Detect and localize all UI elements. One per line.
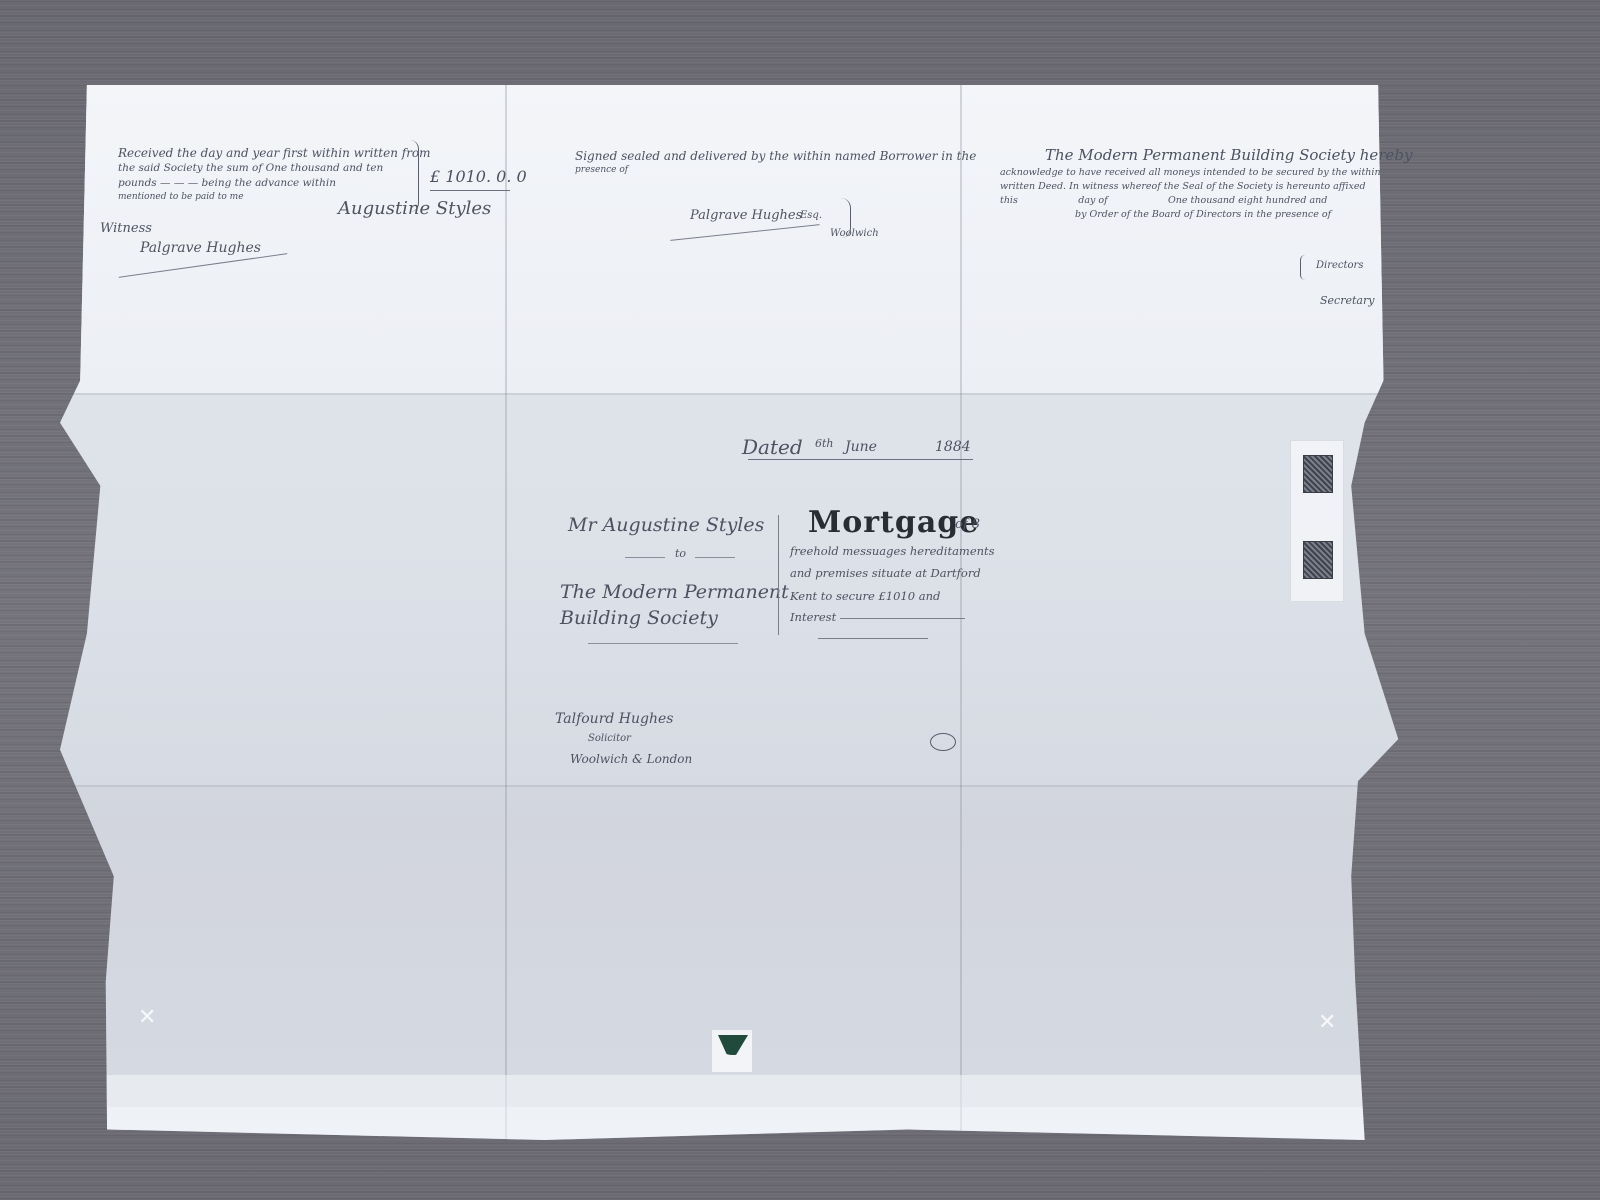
ribbon-tie-icon: ✕ — [138, 1005, 156, 1030]
description-line: Interest — [790, 611, 836, 624]
witness-label: Witness — [100, 222, 152, 236]
circle-mark — [930, 733, 956, 751]
directors-label: Directors — [1316, 260, 1363, 271]
document-title: Mortgage — [808, 505, 979, 540]
secretary-label: Secretary — [1320, 295, 1374, 307]
date-month: June — [845, 440, 877, 455]
ack-line: acknowledge to have received all moneys … — [1000, 168, 1381, 178]
execution-line: presence of — [575, 166, 628, 176]
revenue-stamp-icon — [1303, 455, 1333, 493]
solicitor-title: Solicitor — [588, 733, 631, 744]
divider — [778, 515, 779, 635]
revenue-stamp-icon — [1303, 541, 1333, 579]
description-line: and premises situate at Dartford — [790, 567, 981, 580]
date-underline — [748, 459, 973, 460]
execution-witness-signature: Palgrave Hughes — [690, 208, 802, 223]
receipt-amount: £ 1010. 0. 0 — [430, 168, 527, 186]
mortgage-deed-paper — [60, 85, 1405, 1140]
witness-signature: Palgrave Hughes — [140, 240, 261, 256]
ack-line: The Modern Permanent Building Society he… — [1045, 147, 1412, 164]
solicitor-name: Talfourd Hughes — [555, 712, 673, 727]
revenue-stamp-strip — [1290, 440, 1344, 602]
ack-line: written Deed. In witness whereof the Sea… — [1000, 182, 1366, 192]
bottom-flap — [60, 1075, 1405, 1140]
borrower-signature: Augustine Styles — [338, 198, 491, 219]
party-to-line1: The Modern Permanent — [560, 582, 789, 603]
date-year: 1884 — [935, 440, 971, 455]
dated-label: Dated — [742, 436, 803, 458]
description-line: Kent to secure £1010 and — [790, 590, 940, 603]
date-day: 6th — [815, 438, 834, 450]
receipt-line: pounds — — — being the advance within — [118, 178, 336, 190]
to-label: to — [675, 548, 686, 560]
ack-line: this day of One thousand eight hundred a… — [1000, 196, 1327, 206]
party-from: Mr Augustine Styles — [568, 515, 764, 536]
witness-suffix: Esq. — [800, 210, 822, 221]
ribbon-tie-icon: ✕ — [1318, 1010, 1336, 1035]
receipt-line: mentioned to be paid to me — [118, 193, 244, 203]
solicitor-location: Woolwich & London — [570, 753, 692, 766]
ack-line: by Order of the Board of Directors in th… — [1075, 210, 1331, 220]
description-line: freehold messuages hereditaments — [790, 545, 995, 558]
title-suffix: of 8 — [955, 518, 980, 532]
receipt-line: Received the day and year first within w… — [118, 147, 431, 160]
party-to-line2: Building Society — [560, 608, 718, 629]
top-panel — [80, 85, 1390, 395]
receipt-line: the said Society the sum of One thousand… — [118, 163, 383, 175]
witness-location: Woolwich — [830, 228, 879, 239]
execution-line: Signed sealed and delivered by the withi… — [575, 150, 976, 163]
